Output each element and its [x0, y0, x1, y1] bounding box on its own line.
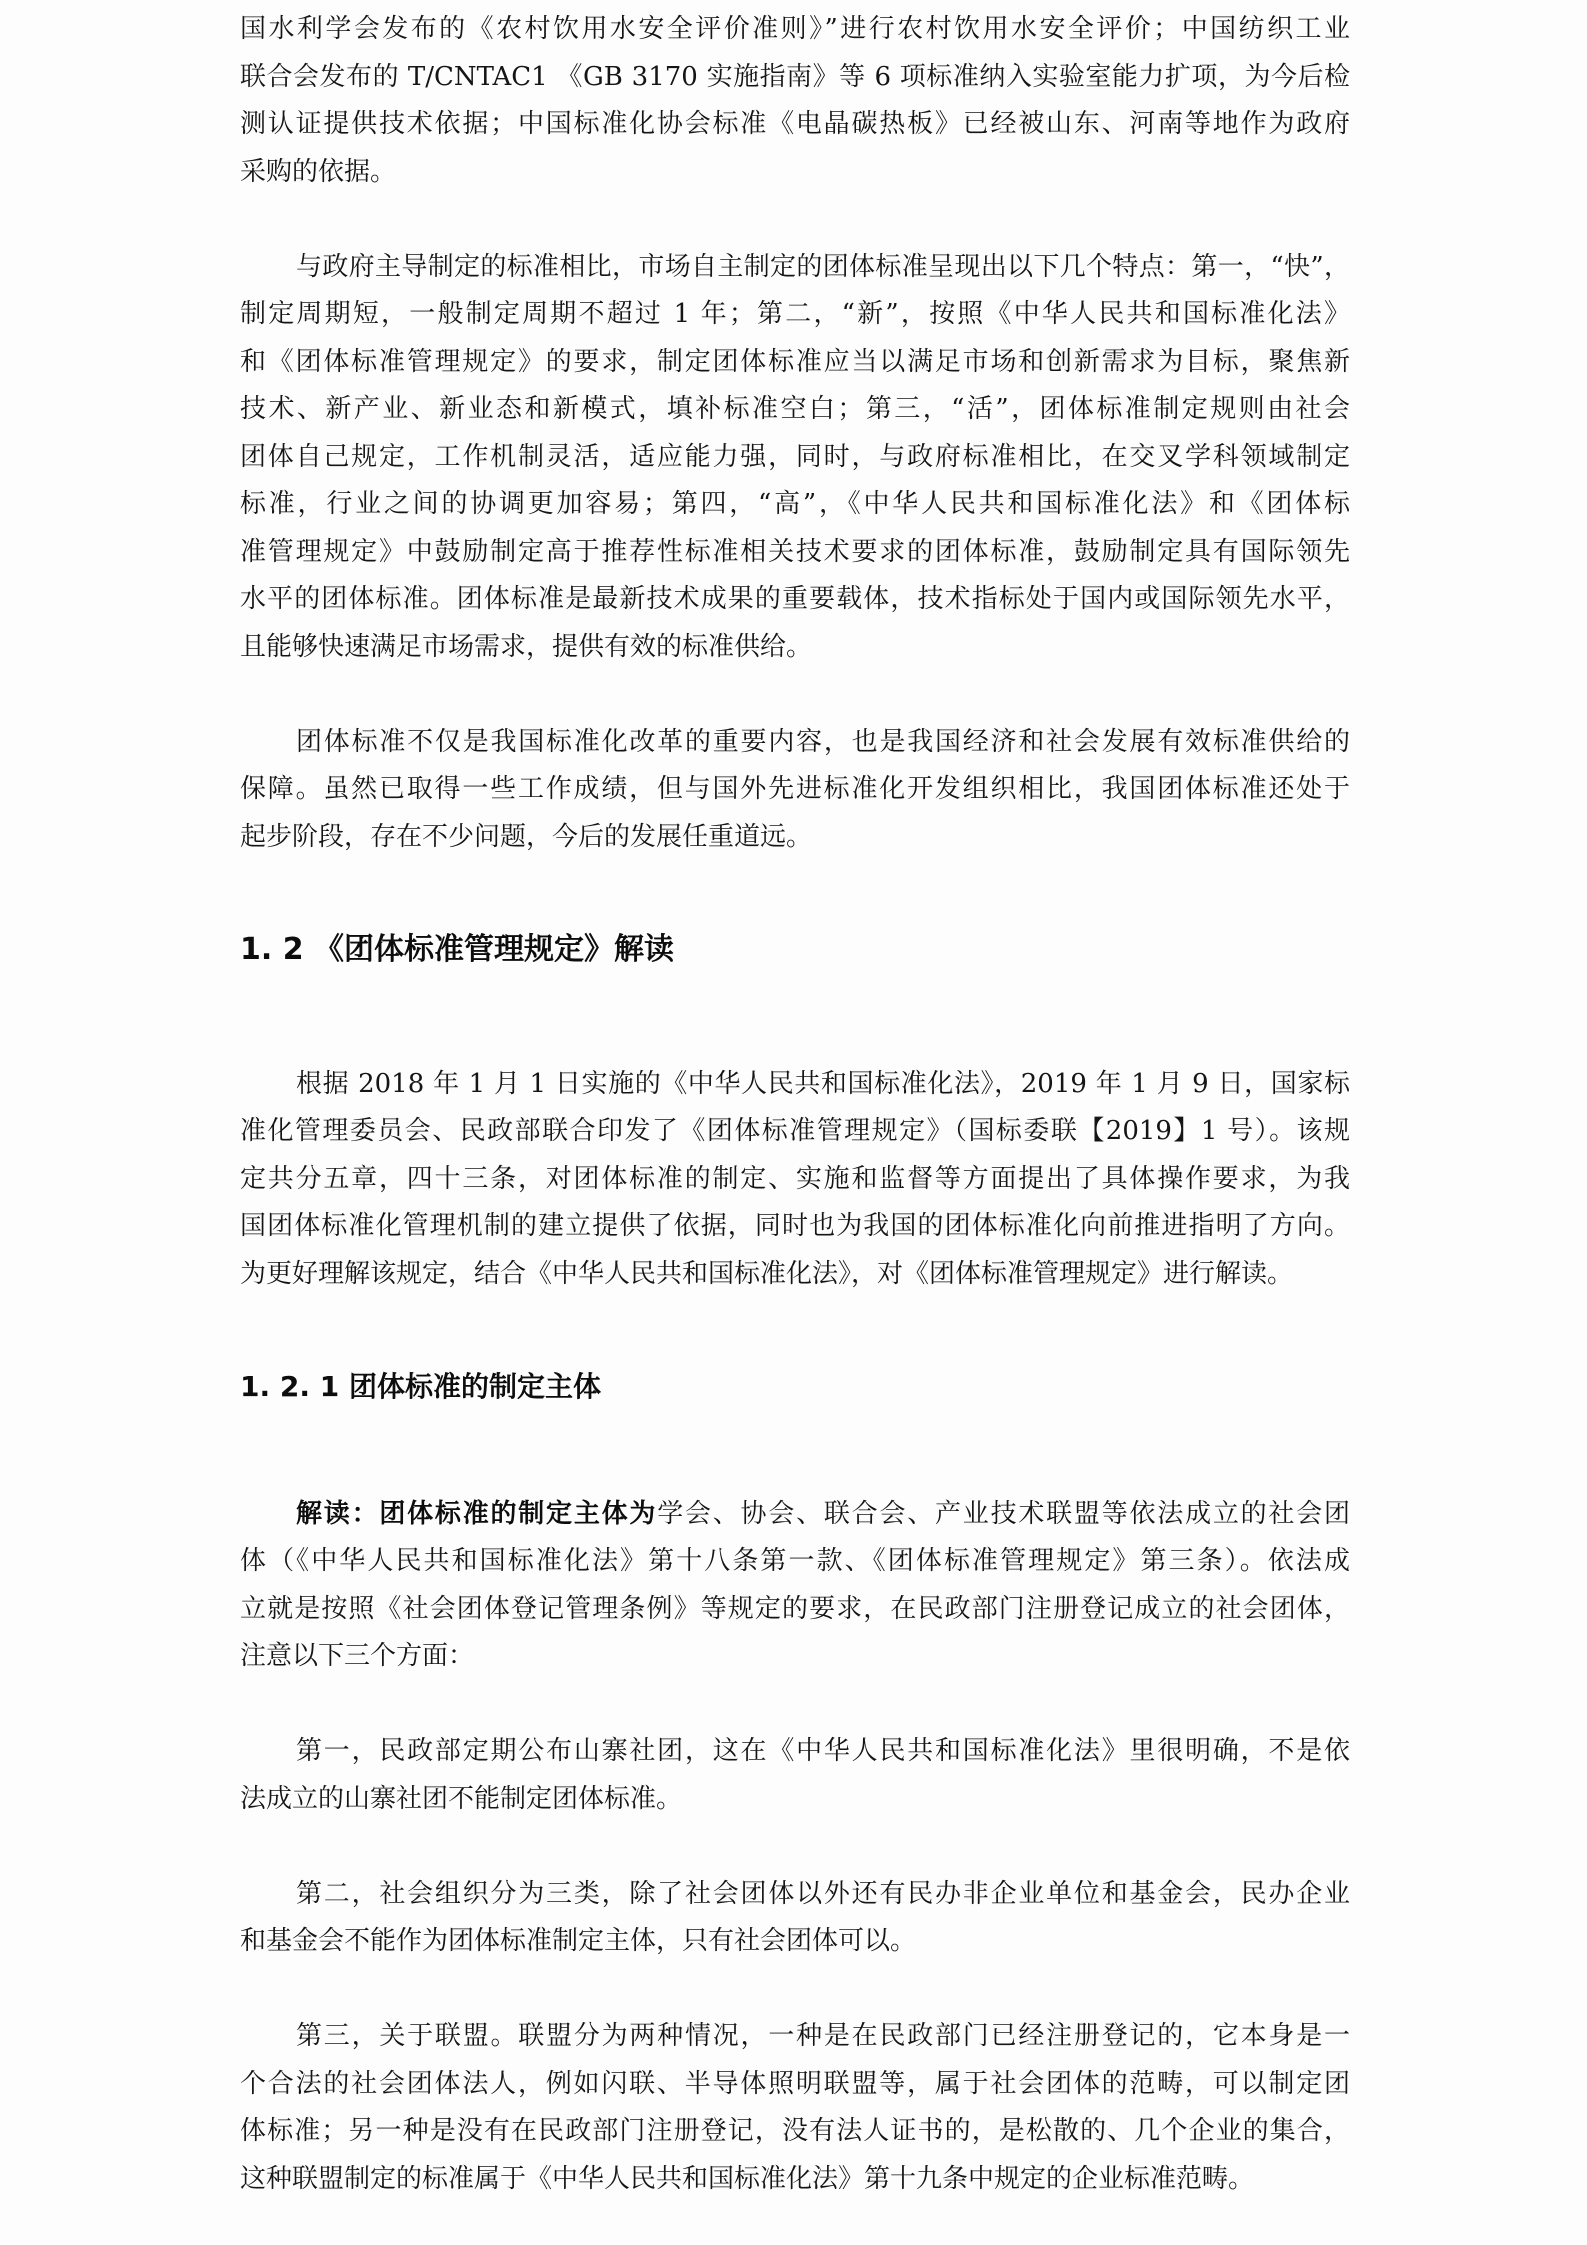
- text-line: 国水利学会发布的《农村饮用水安全评价准则》”进行农村饮用水安全评价；中国纺织工业: [240, 6, 1350, 54]
- text-line: 测认证提供技术依据；中国标准化协会标准《电晶碳热板》已经被山东、河南等地作为政府: [240, 101, 1350, 149]
- text-line: 第二，社会组织分为三类，除了社会团体以外还有民办非企业单位和基金会，民办企业: [240, 1871, 1350, 1919]
- text-line: 国团体标准化管理机制的建立提供了依据，同时也为我国的团体标准化向前推进指明了方向…: [240, 1203, 1350, 1251]
- text-line: 保障。虽然已取得一些工作成绩，但与国外先进标准化开发组织相比，我国团体标准还处于: [240, 766, 1350, 814]
- para-four-features: 与政府主导制定的标准相比，市场自主制定的团体标准呈现出以下几个特点：第一，“快”…: [240, 244, 1350, 672]
- text-line: 团体标准不仅是我国标准化改革的重要内容，也是我国经济和社会发展有效标准供给的: [240, 719, 1350, 767]
- text-line: 为更好理解该规定，结合《中华人民共和国标准化法》，对《团体标准管理规定》进行解读…: [240, 1251, 1350, 1299]
- para-point-three-alliances: 第三，关于联盟。联盟分为两种情况，一种是在民政部门已经注册登记的，它本身是一个合…: [240, 2013, 1350, 2203]
- heading-1-2-regulation-interpretation: 1. 2 《团体标准管理规定》解读: [240, 926, 1350, 974]
- para-point-one-fake-societies: 第一，民政部定期公布山寨社团，这在《中华人民共和国标准化法》里很明确，不是依法成…: [240, 1728, 1350, 1823]
- text-line: 第三，关于联盟。联盟分为两种情况，一种是在民政部门已经注册登记的，它本身是一: [240, 2013, 1350, 2061]
- text-line: 准管理规定》中鼓励制定高于推荐性标准相关技术要求的团体标准，鼓励制定具有国际领先: [240, 529, 1350, 577]
- text-line: 准化管理委员会、民政部联合印发了《团体标准管理规定》（国标委联【2019】1 号…: [240, 1108, 1350, 1156]
- text-line: 团体自己规定，工作机制灵活，适应能力强，同时，与政府标准相比，在交叉学科领域制定: [240, 434, 1350, 482]
- text-line: 注意以下三个方面：: [240, 1633, 1350, 1681]
- para-regulation-background: 根据 2018 年 1 月 1 日实施的《中华人民共和国标准化法》，2019 年…: [240, 1061, 1350, 1299]
- text-line: 定共分五章，四十三条，对团体标准的制定、实施和监督等方面提出了具体操作要求，为我: [240, 1156, 1350, 1204]
- text-line: 起步阶段，存在不少问题，今后的发展任重道远。: [240, 814, 1350, 862]
- text-line: 个合法的社会团体法人，例如闪联、半导体照明联盟等，属于社会团体的范畴，可以制定团: [240, 2061, 1350, 2109]
- text-line: 法成立的山寨社团不能制定团体标准。: [240, 1776, 1350, 1824]
- document-page: 国水利学会发布的《农村饮用水安全评价准则》”进行农村饮用水安全评价；中国纺织工业…: [0, 0, 1587, 2245]
- text-line: 联合会发布的 T/CNTAC1 《GB 3170 实施指南》等 6 项标准纳入实…: [240, 54, 1350, 102]
- document-body: 国水利学会发布的《农村饮用水安全评价准则》”进行农村饮用水安全评价；中国纺织工业…: [240, 6, 1350, 2245]
- text-line: 和《团体标准管理规定》的要求，制定团体标准应当以满足市场和创新需求为目标，聚焦新: [240, 339, 1350, 387]
- para-pilot-standards-continuation: 国水利学会发布的《农村饮用水安全评价准则》”进行农村饮用水安全评价；中国纺织工业…: [240, 6, 1350, 196]
- text-line: 体标准；另一种是没有在民政部门注册登记，没有法人证书的，是松散的、几个企业的集合…: [240, 2108, 1350, 2156]
- text-line: 和基金会不能作为团体标准制定主体，只有社会团体可以。: [240, 1918, 1350, 1966]
- para-interpretation-subject: 解读：团体标准的制定主体为学会、协会、联合会、产业技术联盟等依法成立的社会团体（…: [240, 1491, 1350, 1681]
- bold-text-run: 解读：团体标准的制定主体为: [296, 1499, 657, 1529]
- text-line: 且能够快速满足市场需求，提供有效的标准供给。: [240, 624, 1350, 672]
- text-line: 解读：团体标准的制定主体为学会、协会、联合会、产业技术联盟等依法成立的社会团: [240, 1491, 1350, 1539]
- text-line: 这种联盟制定的标准属于《中华人民共和国标准化法》第十九条中规定的企业标准范畴。: [240, 2156, 1350, 2204]
- text-line: 根据 2018 年 1 月 1 日实施的《中华人民共和国标准化法》，2019 年…: [240, 1061, 1350, 1109]
- text-run: 学会、协会、联合会、产业技术联盟等依法成立的社会团: [657, 1499, 1350, 1529]
- text-line: 采购的依据。: [240, 149, 1350, 197]
- text-line: 与政府主导制定的标准相比，市场自主制定的团体标准呈现出以下几个特点：第一，“快”…: [240, 244, 1350, 292]
- para-reform-significance: 团体标准不仅是我国标准化改革的重要内容，也是我国经济和社会发展有效标准供给的保障…: [240, 719, 1350, 862]
- para-point-two-org-types: 第二，社会组织分为三类，除了社会团体以外还有民办非企业单位和基金会，民办企业和基…: [240, 1871, 1350, 1966]
- heading-1-2-1-subject: 1. 2. 1 团体标准的制定主体: [240, 1363, 1350, 1411]
- text-line: 第一，民政部定期公布山寨社团，这在《中华人民共和国标准化法》里很明确，不是依: [240, 1728, 1350, 1776]
- text-line: 技术、新产业、新业态和新模式，填补标准空白；第三，“活”，团体标准制定规则由社会: [240, 386, 1350, 434]
- text-line: 立就是按照《社会团体登记管理条例》等规定的要求，在民政部门注册登记成立的社会团体…: [240, 1586, 1350, 1634]
- text-line: 水平的团体标准。团体标准是最新技术成果的重要载体，技术指标处于国内或国际领先水平…: [240, 576, 1350, 624]
- text-line: 体（《中华人民共和国标准化法》第十八条第一款、《团体标准管理规定》第三条）。依法…: [240, 1538, 1350, 1586]
- text-line: 制定周期短，一般制定周期不超过 1 年；第二，“新”，按照《中华人民共和国标准化…: [240, 291, 1350, 339]
- text-line: 标准，行业之间的协调更加容易；第四，“高”，《中华人民共和国标准化法》和《团体标: [240, 481, 1350, 529]
